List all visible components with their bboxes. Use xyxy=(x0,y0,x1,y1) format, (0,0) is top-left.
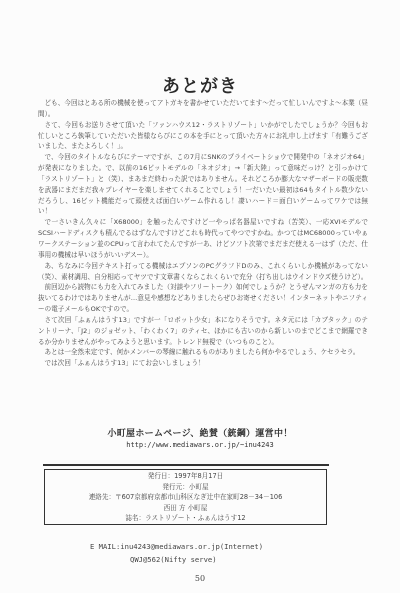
document-page: あとがき ども、今回はとある所の機械を使ってアトガキを書かせていただいてます～だ… xyxy=(0,0,400,593)
paragraph: あとは一全然未定です、何かメンバーの琴線に触れるものがありましたら何かやるでしょ… xyxy=(38,347,368,358)
paragraph: で一さいきん久々に「X68000」を触ったんですけど一やっぱ名器屋いですね（苦笑… xyxy=(38,217,368,260)
homepage-title: 小町屋ホームページ、絶賛（銃鋼）運営中！ xyxy=(0,428,400,440)
colophon-box: 発行日：1997年8月17日 発行元：小町屋 連絡先：〒607京都府京都市山科区… xyxy=(44,469,327,525)
homepage-url: http://www.mediawars.or.jp/~inu4243 xyxy=(0,440,400,450)
contact-name: 西田 方 小町屋 xyxy=(45,503,326,514)
page-title: あとがき xyxy=(0,72,400,98)
publisher: 発行元：小町屋 xyxy=(45,482,326,493)
paragraph: さて次回「ふぁんはうす13」ですが一「ロボット少女」本になりそうです。ネタ元には… xyxy=(38,315,368,348)
page-number: 50 xyxy=(0,574,400,583)
issue-date: 発行日：1997年8月17日 xyxy=(45,471,326,482)
paragraph: あ、ちなみに今回テキスト打ってる機械はエプソンのPCグラフドDのみ、これくらいし… xyxy=(38,261,368,283)
paragraph: で、今回のタイトルならびにテーマですが、この7月にSNKのプライベートショウで開… xyxy=(38,152,368,217)
paragraph: 前回辺から読物にも力を入れてみました（対談やフリートーク）如何でしょうか？とうぜ… xyxy=(38,282,368,315)
contact-address: 連絡先：〒607京都府京都市山科区なぎ辻中在家町28－34－106 xyxy=(45,492,326,503)
divider-line xyxy=(43,464,329,466)
paragraph: では次回「ふぁんはうす13」にてお会いしましょう！ xyxy=(38,358,368,369)
contact-info: E MAIL:inu4243@mediawars.or.jp(Internet)… xyxy=(0,540,400,566)
afterword-body: ども、今回はとある所の機械を使ってアトガキを書かせていただいてます～だって忙しい… xyxy=(38,98,368,369)
homepage-notice: 小町屋ホームページ、絶賛（銃鋼）運営中！ http://www.mediawar… xyxy=(0,428,400,450)
paragraph: さて、今回もお送りさせて頂いた「ファンハウス12・ラストリゾート」いかがでしたで… xyxy=(38,120,368,153)
email-address: E MAIL:inu4243@mediawars.or.jp(Internet) xyxy=(0,540,400,553)
magazine-name: 誌名：ラストリゾート・ふぁんはうす12 xyxy=(45,513,326,524)
paragraph: ども、今回はとある所の機械を使ってアトガキを書かせていただいてます～だって忙しい… xyxy=(38,98,368,120)
nifty-id: QWJ@562(Nifty serve) xyxy=(0,553,400,566)
